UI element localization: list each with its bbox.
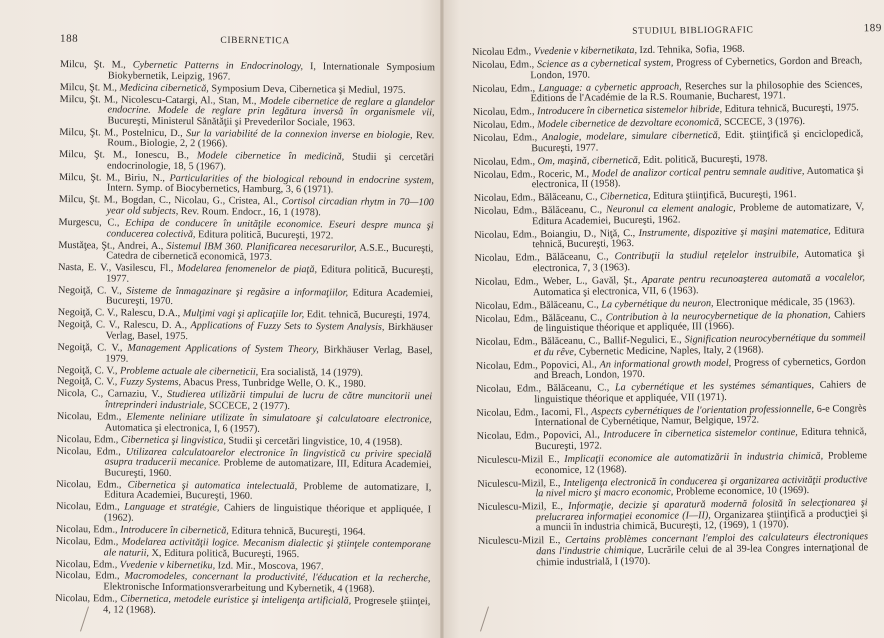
page-number: 189 [864,22,882,34]
entry-title: La cybernétique du neuron, [601,298,713,310]
entry-title: Modelarea fenomenelor de piaţă, [177,263,317,275]
entry-publication: Izd. Tehnika, Sofia, 1968. [639,44,744,56]
entry-publication: Automatica şi electronica, VII, 6 (1963)… [533,285,699,298]
entry-author: Nicolau, Edm., Bălăceanu, C., [475,299,599,312]
bibliography-entry: Nicolau, Edm., Analogie, modelare, simul… [473,129,863,155]
entry-publication: Bucureşti, Ministerul Sănătăţii şi Preve… [107,115,355,128]
entry-title: Cibernetica, [600,191,651,203]
entry-author: Nicolau, Edm., [56,536,119,548]
entry-publication: Electronique médicale, 35 (1963). [716,296,855,309]
bibliography-entry: Nicolau, Edm., Popovici, Al., An informa… [476,357,866,383]
entry-publication: Automatica şi electronica, I, 6 (1957). [105,422,260,434]
entry-title: An informational growth model, [600,358,732,371]
bibliography-entry: Niculescu-Mizil, E., Informaţie, decizie… [478,498,868,535]
bibliography-entry: Milcu, Şt. M., Postelnicu, D., Sur la va… [59,128,434,152]
bibliography-entry: Milcu, Şt. M., Cybernetic Patterns in En… [60,60,435,84]
bibliography-entry: Nicolau, Edm., Bălăceanu, C., Contributi… [475,310,865,336]
bibliography-entry: Niculescu-Mizil, E., Inteligenţa electro… [477,475,867,501]
entry-publication: Izd. Mir., Moscova, 1967. [218,560,324,572]
left-running-head: 188 CIBERNETICA [60,33,432,48]
entry-publication: Abacus Press, Tunbridge Welle, O. K., 19… [183,378,366,391]
entry-publication: Era socialistă, 14 (1979). [261,366,363,378]
entry-author: Nicolau, Edm., [56,501,120,513]
entry-title: Implicaţii economice ale automatizării î… [564,451,823,465]
entry-publication: X, Editura politică, Bucureşti, 1965. [151,547,299,559]
entry-author: Nicolau, Edm., [473,106,535,118]
entry-publication: SCCECE, 3 (1976). [724,116,805,128]
entry-author: Nicolau, Edm., Bălăceanu, C., [474,192,598,205]
entry-publication: Editura tehnică, Bucureşti, 1964. [231,525,365,537]
bibliography-list: Milcu, Şt. M., Cybernetic Patterns in En… [55,60,435,619]
entry-title: Introducere în cibernetica sistemelor hi… [537,104,722,117]
entry-publication: Cybernetic Medicine, Naples, Italy, 2 (1… [579,344,764,357]
bibliography-entry: Murgescu, C., Echipa de conducere în uni… [58,218,433,242]
entry-title: Contribuţii la studiul reţelelor instrui… [615,249,799,262]
bibliography-entry: Niculescu-Mizil E., Certains problèmes c… [478,533,868,570]
entry-author: Nicolau, Edm., [472,83,535,95]
right-running-head: STUDIUL BIBLIOGRAFIC 189 [522,22,882,38]
entry-author: Nicolau, Edm., [56,558,118,570]
entry-title: Vvedenie v kibernetiku, [120,559,215,571]
bibliography-entry: Nicola, C., Carnaziu, V., Studierea util… [57,389,432,413]
entry-title: Analogie, modelare, simulare cibernetică… [542,130,720,143]
entry-author: Negoiţă, C. V., [57,364,117,376]
page-number: 188 [60,33,78,45]
book-spine [440,0,444,638]
entry-publication: Intern. Symp. of Biocybernetics, Hamburg… [107,183,334,196]
entry-title: Management Applications of System Theory… [127,343,318,356]
bibliography-entry: Nicolau, Edm., Bălăceanu, C., La cyberné… [476,380,866,406]
left-page: 188 CIBERNETICA Milcu, Şt. M., Cyberneti… [0,0,442,638]
bibliography-entry: Nicolau, Edm., Utilizarea calculatoarelo… [56,447,431,482]
bibliography-entry: Nicolau, Edm., Popovici, Al., Introducer… [477,428,867,454]
entry-author: Negoiţă, C. V., [57,342,122,354]
entry-author: Nicolau, Edm., [56,524,118,536]
bibliography-entry: Milcu, Şt. M., Bogdan, C., Nicolau, G., … [59,195,434,219]
right-page: STUDIUL BIBLIOGRAFIC 189 Nicolau Edm., V… [442,0,884,638]
entry-publication: Editura ştiinţifică, Bucureşti, 1961. [653,189,796,202]
bibliography-entry: Nicolau, Edm., Elemente neliniare utiliz… [57,412,432,436]
entry-title: Vvedenie v kibernetikata, [534,45,637,57]
running-head-title: CIBERNETICA [78,35,432,47]
entry-publication: SCCECE, 2 (1977). [209,400,290,412]
entry-title: Model de analizor cortical pentru semnal… [592,166,805,180]
entry-publication: Rev. Roum. Endocr., 16, 1 (1978). [181,206,321,218]
entry-title: Modele cibernetice de dezvoltare economi… [537,117,721,130]
entry-title: Instrumente, dispozitive şi maşini matem… [639,225,831,238]
entry-author: Negoiţă, C. V., [58,285,122,297]
entry-author: Nicolau, Edm., [55,570,119,582]
bibliography-entry: Nicolau, Edm., Science as a cybernetical… [472,56,862,82]
entry-author: Negoiţă, C. V., Ralescu, D.A., [58,307,181,319]
entry-author: Nicolau Edm., [472,46,531,58]
bibliography-entry: Nicolau, Edm., Bălăceanu, C., Ballif-Neg… [476,333,866,359]
entry-title: Language et stratégie, [124,502,219,514]
bibliography-entry: Milcu, Şt. M., Nicolescu-Catargi, Al., S… [59,95,434,130]
entry-publication: Probleme economice, 10 (1969). [676,485,809,498]
bibliography-entry: Niculescu-Mizil E., Implicaţii economice… [477,451,867,477]
bibliography-entry: Negoiţă, C. V., Ralescu, D. A., Applicat… [58,320,433,344]
bibliography-entry: Nicolau, Edm., Bălăceanu, C., Contribuţi… [475,250,865,276]
entry-title: Applications of Fuzzy Sets to System Ana… [191,320,385,333]
entry-publication: Editura tehnică, Bucureşti, 1975. [725,102,859,115]
book-spread: 188 CIBERNETICA Milcu, Şt. M., Cyberneti… [0,0,884,638]
entry-title: Science as a cybernetical system, [537,58,674,71]
bibliography-entry: Nicolau, Edm., Roceric, M., Model de ana… [473,166,863,192]
bibliography-entry: Milcu, Şt. M., Biriu, N., Particularitie… [59,173,434,197]
entry-publication: Edit. tehnică, Bucureşti, 1974. [307,310,431,322]
bibliography-entry: Negoiţă, C. V., Management Applications … [57,343,432,367]
bibliography-entry: Milcu, Şt. M., Ionescu, B., Modele ciber… [59,150,434,174]
bibliography-entry: Mustăţea, Şt., Andrei, A., Sistemul IBM … [58,241,433,265]
entry-author: Nicolau, Edm., [57,434,119,446]
entry-title: Medicina cibernetică, [119,82,208,94]
entry-author: Nicolau, Edm., [55,593,117,605]
entry-author: Milcu, Şt. M., [60,82,117,93]
entry-title: Cibernetica şi lingvistica, [121,434,226,446]
entry-title: Aparate pentru recunoaşterea automată a … [641,272,864,286]
bibliography-entry: Nasta, E. V., Vasilescu, Fl., Modelarea … [58,263,433,287]
bibliography-list: Nicolau Edm., Vvedenie v kibernetikata, … [472,43,868,569]
entry-publication: Editura politică, Bucureşti, 1972. [198,229,333,241]
entry-author: Milcu, Şt. M., [60,59,126,71]
bibliography-entry: Nicolau, Edm., Bălăceanu, C., Neuronul c… [474,202,864,228]
entry-title: Introducere în cibernetică, [120,524,229,536]
bibliography-entry: Nicolau, Edm., Macromodeles, concernant … [55,571,430,595]
running-head-title: STUDIUL BIBLIOGRAFIC [522,24,864,38]
bibliography-entry: Nicolau, Edm., Language: a cybernetic ap… [472,80,862,106]
entry-author: Murgescu, C., [59,217,120,229]
entry-author: Nicolau, Edm., [57,446,121,458]
entry-title: Probleme actuale ale ciberneticii, [120,365,258,377]
entry-author: Nicolau, Edm., [473,119,535,131]
entry-author: Nicolau, Edm., [473,132,537,144]
pen-mark [480,606,489,631]
entry-title: Mulţimi vagi şi aplicaţiile lor, [183,308,304,320]
entry-title: Om, maşină, cibernetică, [538,155,641,167]
entry-author: Nicolau, Edm., [473,156,535,168]
bibliography-entry: Nicolau, Edm., Cibernetica, metodele eur… [55,594,430,618]
bibliography-entry: Nicolau, Edm., Boiangiu, D., Niţă, C., I… [474,226,864,252]
entry-publication: Symposium Deva, Cibernetica şi Mediul, 1… [211,83,405,96]
bibliography-entry: Negoiţă, C. V., Sisteme de înmagazinare … [58,286,433,310]
entry-author: Negoiţă, C. V., [57,376,117,388]
entry-publication: Edit. politică, Bucureşti, 1978. [643,153,768,166]
bibliography-entry: Nicolau, Edm., Cibernetica şi automatica… [56,480,431,504]
entry-author: Nicolau, Edm., [57,411,121,423]
entry-publication: Studii şi cercetări lingvistice, 10, 4 (… [228,435,402,448]
entry-title: Introducere în cibernetica sistemelor co… [603,427,798,440]
bibliography-entry: Nicolau, Edm., Iacomi, Fl., Aspects cybe… [476,404,866,430]
entry-author: Nicolau, Edm., [472,59,534,71]
entry-title: Fuzzy Systems, [120,377,181,389]
bibliography-entry: Nicolau, Edm., Language et stratégie, Ca… [56,502,431,526]
bibliography-entry: Nicolau, Edm., Modelarea activităţii log… [56,537,431,561]
entry-author: Nicolau, Edm., [56,479,121,491]
bibliography-entry: Nicolau, Edm., Weber, L., Gavăl, Şt., Ap… [475,273,865,299]
